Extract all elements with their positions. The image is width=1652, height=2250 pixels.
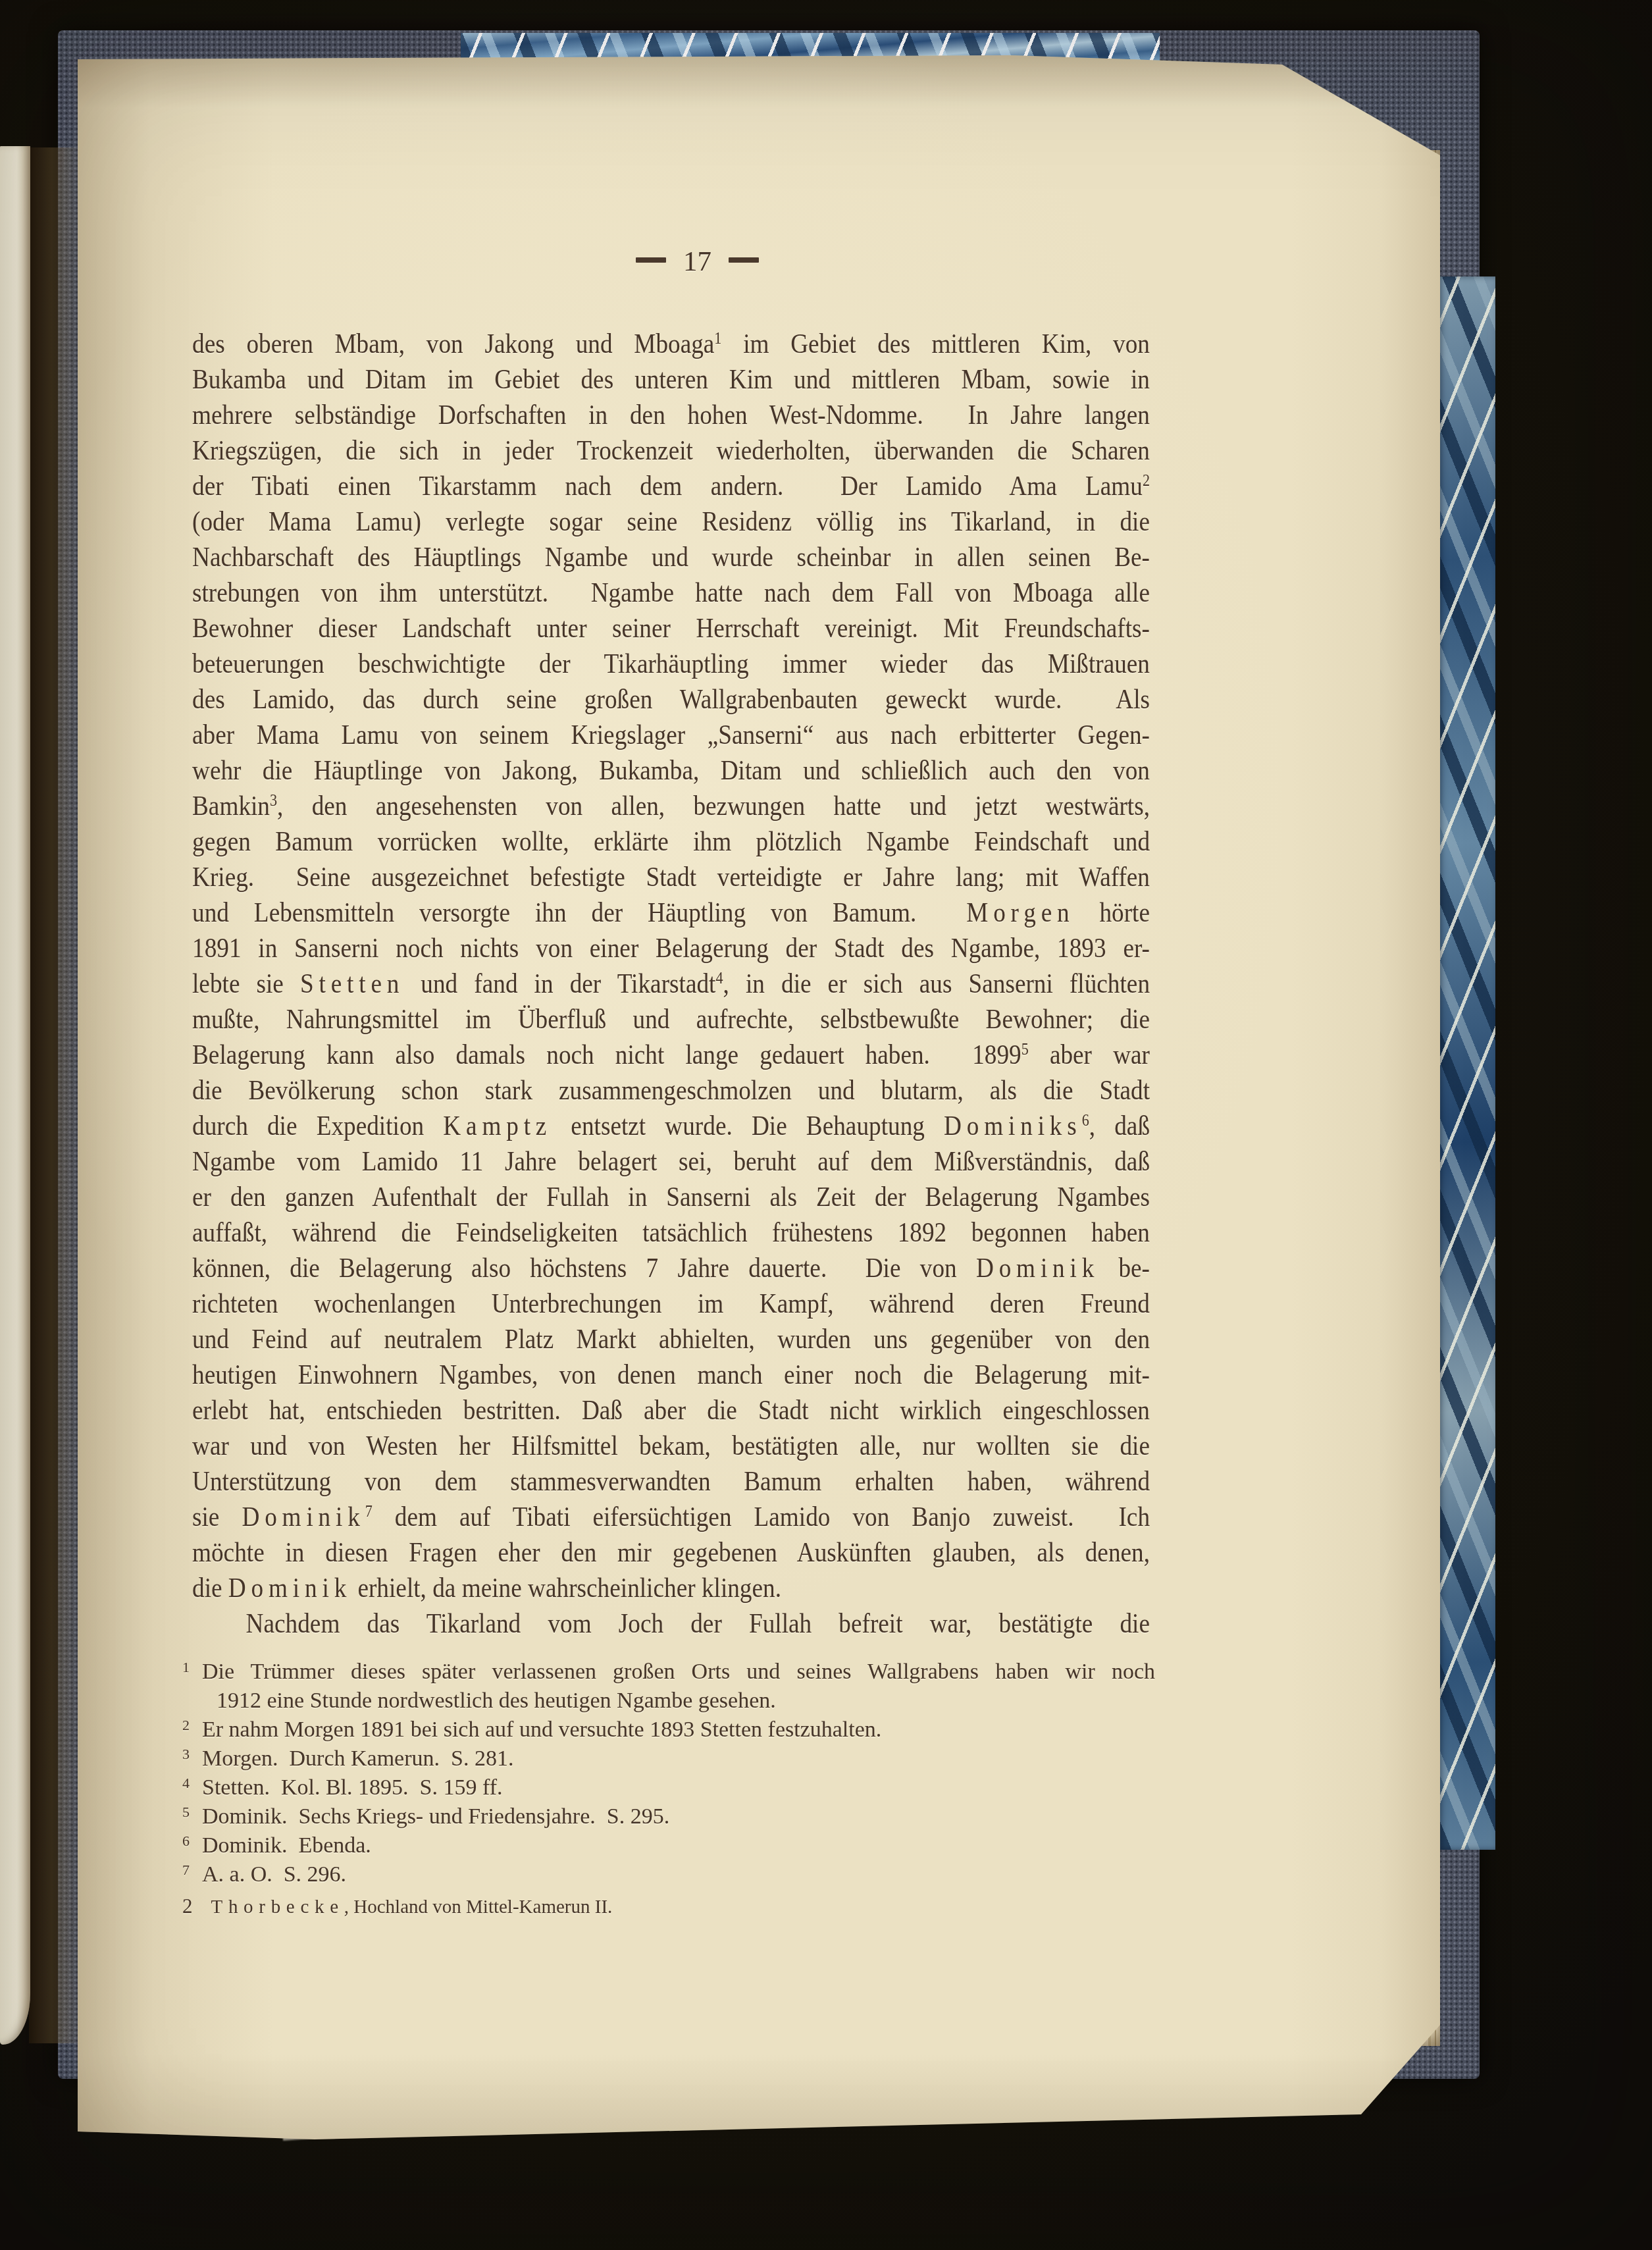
- text-segment: er den ganzen Aufenthalt der Fullah in S…: [192, 1182, 1150, 1213]
- text-segment: sie: [192, 1502, 242, 1532]
- text-segment: be-: [1099, 1253, 1150, 1284]
- body-line: aber Mama Lamu von seinem Kriegslager „S…: [192, 718, 1150, 753]
- text-segment: auffaßt, während die Feindseligkeiten ta…: [192, 1218, 1150, 1248]
- text-segment: der Tibati einen Tikarstamm nach dem and…: [192, 471, 1143, 502]
- body-line: der Tibati einen Tikarstamm nach dem and…: [192, 469, 1150, 504]
- body-line: des Lamido, das durch seine großen Wallg…: [192, 682, 1150, 718]
- footnote-marker: 6: [182, 1831, 202, 1856]
- gutter-shadow: [29, 147, 79, 2043]
- footnote-line: 4Stetten. Kol. Bl. 1895. S. 159 ff.: [182, 1773, 1155, 1802]
- text-segment: des Lamido, das durch seine großen Wallg…: [192, 685, 1150, 715]
- body-line: strebungen von ihm unterstützt. Ngambe h…: [192, 575, 1150, 611]
- text-segment: durch die Expedition: [192, 1111, 443, 1141]
- footnote-line: 7A. a. O. S. 296.: [182, 1860, 1155, 1889]
- body-line: Krieg. Seine ausgezeichnet befestigte St…: [192, 860, 1150, 895]
- footnote-text: Dominik. Ebenda.: [202, 1833, 371, 1858]
- text-segment: war und von Westen her Hilfsmittel bekam…: [192, 1431, 1150, 1461]
- text-segment: und Feind auf neutralem Platz Markt abhi…: [192, 1324, 1150, 1355]
- text-segment: heutigen Einwohnern Ngambes, von denen m…: [192, 1360, 1150, 1390]
- signature-line: 2Thorbecke, Hochland von Mittel-Kamerun …: [182, 1893, 612, 1920]
- body-line: des oberen Mbam, von Jakong und Mboaga1 …: [192, 327, 1150, 362]
- emphasized-name: Dominik: [228, 1573, 351, 1604]
- text-segment: (oder Mama Lamu) verlegte sogar seine Re…: [192, 507, 1150, 537]
- text-segment: Nachbarschaft des Häuptlings Ngambe und …: [192, 542, 1150, 573]
- text-segment: im Gebiet des mittleren Kim, von: [721, 329, 1150, 359]
- signature-title: , Hochland von Mittel-Kamerun II.: [344, 1897, 613, 1918]
- text-segment: , in die er sich aus Sanserni flüchten: [723, 969, 1150, 999]
- emphasized-name: Morgen: [966, 898, 1074, 928]
- text-segment: Unterstützung von dem stammesverwandten …: [192, 1467, 1150, 1497]
- body-line: sie Dominik7 dem auf Tibati eifersüchtig…: [192, 1500, 1150, 1535]
- text-segment: Kriegszügen, die sich in jeder Trockenze…: [192, 436, 1150, 466]
- footnote-marker: 2: [182, 1715, 202, 1740]
- text-segment: richteten wochenlangen Unterbrechungen i…: [192, 1289, 1150, 1319]
- text-segment: erlebt hat, entschieden bestritten. Daß …: [192, 1396, 1150, 1426]
- body-line: und Feind auf neutralem Platz Markt abhi…: [192, 1322, 1150, 1357]
- body-line: Ngambe vom Lamido 11 Jahre belagert sei,…: [192, 1144, 1150, 1180]
- footnote-ref: 3: [270, 792, 277, 810]
- text-segment: Belagerung kann also damals noch nicht l…: [192, 1040, 1021, 1070]
- text-segment: , den angesehensten von allen, bezwungen…: [277, 791, 1150, 822]
- text-segment: Bamkin: [192, 791, 270, 822]
- text-segment: 1891 in Sanserni noch nichts von einer B…: [192, 933, 1150, 964]
- body-line: Bukamba und Ditam im Gebiet des unteren …: [192, 362, 1150, 398]
- emphasized-name: Stetten: [300, 969, 404, 999]
- body-line: gegen Bamum vorrücken wollte, erklärte i…: [192, 824, 1150, 860]
- footnote-text: Er nahm Morgen 1891 bei sich auf und ver…: [202, 1717, 881, 1742]
- text-segment: Bukamba und Ditam im Gebiet des unteren …: [192, 365, 1150, 395]
- body-line: Unterstützung von dem stammesverwandten …: [192, 1464, 1150, 1500]
- text-segment: die Bevölkerung schon stark zusammengesc…: [192, 1076, 1150, 1106]
- text-segment: die: [192, 1573, 228, 1604]
- body-line: Bamkin3, den angesehensten von allen, be…: [192, 789, 1150, 824]
- body-line: er den ganzen Aufenthalt der Fullah in S…: [192, 1180, 1150, 1215]
- footnote-line: 1Die Trümmer dieses später verlassenen g…: [182, 1658, 1155, 1687]
- body-line: möchte in diesen Fragen eher den mir geg…: [192, 1535, 1150, 1571]
- body-line: die Dominik erhielt, da meine wahrschein…: [192, 1571, 1150, 1606]
- footnote-text: Die Trümmer dieses später verlassenen gr…: [202, 1660, 1155, 1684]
- page-number: 17: [192, 242, 1150, 282]
- body-line: war und von Westen her Hilfsmittel bekam…: [192, 1428, 1150, 1464]
- body-line: können, die Belagerung also höchstens 7 …: [192, 1251, 1150, 1286]
- footnote-text: A. a. O. S. 296.: [202, 1862, 346, 1887]
- body-text: des oberen Mbam, von Jakong und Mboaga1 …: [192, 327, 1150, 1642]
- footnote-ref: 7: [365, 1503, 373, 1521]
- text-segment: erhielt, da meine wahrscheinlicher kling…: [351, 1573, 781, 1604]
- footnotes: 1Die Trümmer dieses später verlassenen g…: [182, 1658, 1155, 1889]
- footnote-line: 2Er nahm Morgen 1891 bei sich auf und ve…: [182, 1715, 1155, 1744]
- text-segment: beteuerungen beschwichtigte der Tikarhäu…: [192, 649, 1150, 679]
- text-segment: wehr die Häuptlinge von Jakong, Bukamba,…: [192, 756, 1150, 786]
- book-photo: 17 des oberen Mbam, von Jakong und Mboag…: [0, 0, 1652, 2250]
- emphasized-name: Dominiks: [944, 1111, 1082, 1141]
- body-line: mußte, Nahrungsmittel im Überfluß und au…: [192, 1002, 1150, 1037]
- body-line: mehrere selbständige Dorfschaften in den…: [192, 398, 1150, 433]
- text-segment: , daß: [1089, 1111, 1150, 1141]
- footnote-text: Stetten. Kol. Bl. 1895. S. 159 ff.: [202, 1775, 503, 1800]
- footnote-line: 6Dominik. Ebenda.: [182, 1831, 1155, 1860]
- text-segment: entsetzt wurde. Die Behauptung: [552, 1111, 944, 1141]
- footnote-line: 5Dominik. Sechs Kriegs- und Friedensjahr…: [182, 1802, 1155, 1831]
- footnote-line: 1912 eine Stunde nordwestlich des heutig…: [182, 1687, 1155, 1715]
- body-line: erlebt hat, entschieden bestritten. Daß …: [192, 1393, 1150, 1428]
- footnote-ref: 6: [1082, 1112, 1089, 1130]
- text-segment: lebte sie: [192, 969, 300, 999]
- body-line: beteuerungen beschwichtigte der Tikarhäu…: [192, 646, 1150, 682]
- body-line: Belagerung kann also damals noch nicht l…: [192, 1037, 1150, 1073]
- footnote-ref: 1: [714, 330, 721, 348]
- body-line: und Lebensmitteln versorgte ihn der Häup…: [192, 895, 1150, 931]
- emphasized-name: Dominik: [242, 1502, 365, 1532]
- footnote-ref: 5: [1021, 1041, 1029, 1059]
- text-segment: Krieg. Seine ausgezeichnet befestigte St…: [192, 862, 1150, 893]
- text-segment: möchte in diesen Fragen eher den mir geg…: [192, 1538, 1150, 1568]
- body-line: auffaßt, während die Feindseligkeiten ta…: [192, 1215, 1150, 1251]
- footnote-text: Morgen. Durch Kamerun. S. 281.: [202, 1746, 513, 1771]
- emphasized-name: Kamptz: [443, 1111, 552, 1141]
- text-segment: Bewohner dieser Landschaft unter seiner …: [192, 614, 1150, 644]
- signature-number: 2: [182, 1893, 193, 1920]
- body-line: Kriegszügen, die sich in jeder Trockenze…: [192, 433, 1150, 469]
- footnote-marker: 7: [182, 1860, 202, 1885]
- page-number-dash-left: [636, 257, 666, 263]
- text-segment: hörte: [1074, 898, 1150, 928]
- footnote-text: 1912 eine Stunde nordwestlich des heutig…: [217, 1688, 776, 1713]
- body-line: die Bevölkerung schon stark zusammengesc…: [192, 1073, 1150, 1109]
- text-segment: gegen Bamum vorrücken wollte, erklärte i…: [192, 827, 1150, 857]
- text-segment: mehrere selbständige Dorfschaften in den…: [192, 400, 1150, 431]
- text-segment: Ngambe vom Lamido 11 Jahre belagert sei,…: [192, 1147, 1150, 1177]
- signature-author: Thorbecke: [211, 1897, 344, 1918]
- footnote-marker: 1: [182, 1658, 202, 1682]
- text-segment: und Lebensmitteln versorgte ihn der Häup…: [192, 898, 966, 928]
- text-segment: Nachdem das Tikarland vom Joch der Fulla…: [246, 1609, 1150, 1639]
- footnote-marker: 4: [182, 1773, 202, 1798]
- body-line: 1891 in Sanserni noch nichts von einer B…: [192, 931, 1150, 966]
- body-line: wehr die Häuptlinge von Jakong, Bukamba,…: [192, 753, 1150, 789]
- body-line: Bewohner dieser Landschaft unter seiner …: [192, 611, 1150, 646]
- footnote-ref: 2: [1143, 472, 1150, 490]
- footnote-ref: 4: [715, 970, 723, 987]
- text-segment: aber war: [1029, 1040, 1150, 1070]
- text-segment: strebungen von ihm unterstützt. Ngambe h…: [192, 578, 1150, 608]
- text-segment: des oberen Mbam, von Jakong und Mboaga: [192, 329, 714, 359]
- footnote-text: Dominik. Sechs Kriegs- und Friedensjahre…: [202, 1804, 669, 1829]
- footnote-line: 3Morgen. Durch Kamerun. S. 281.: [182, 1744, 1155, 1773]
- footnote-marker: 3: [182, 1744, 202, 1769]
- text-segment: mußte, Nahrungsmittel im Überfluß und au…: [192, 1005, 1150, 1035]
- footnote-marker: 5: [182, 1802, 202, 1827]
- body-line: (oder Mama Lamu) verlegte sogar seine Re…: [192, 504, 1150, 540]
- facing-page-edge: [0, 146, 30, 2045]
- marbled-paper-side: [1439, 276, 1495, 1850]
- body-line: richteten wochenlangen Unterbrechungen i…: [192, 1286, 1150, 1322]
- text-segment: aber Mama Lamu von seinem Kriegslager „S…: [192, 720, 1150, 750]
- body-line: heutigen Einwohnern Ngambes, von denen m…: [192, 1357, 1150, 1393]
- emphasized-name: Dominik: [976, 1253, 1099, 1284]
- body-line: Nachdem das Tikarland vom Joch der Fulla…: [192, 1606, 1150, 1642]
- body-line: lebte sie Stetten und fand in der Tikars…: [192, 966, 1150, 1002]
- text-segment: und fand in der Tikarstadt: [404, 969, 715, 999]
- body-line: Nachbarschaft des Häuptlings Ngambe und …: [192, 540, 1150, 575]
- page-number-dash-right: [729, 257, 759, 263]
- text-segment: können, die Belagerung also höchstens 7 …: [192, 1253, 976, 1284]
- body-line: durch die Expedition Kamptz entsetzt wur…: [192, 1109, 1150, 1144]
- page-number-value: 17: [683, 246, 711, 277]
- text-segment: dem auf Tibati eifersüchtigen Lamido von…: [373, 1502, 1150, 1532]
